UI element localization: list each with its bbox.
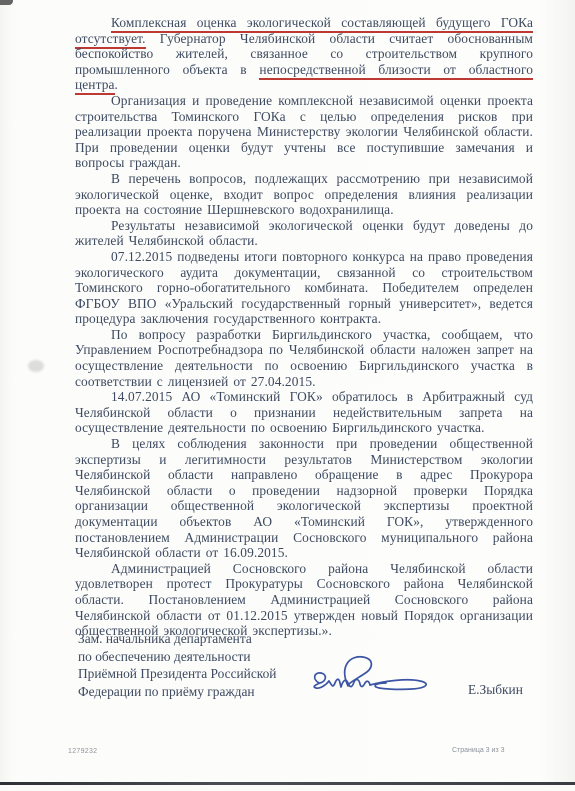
signoff-block: Зам. начальника департаментапо обеспечен…	[78, 630, 536, 720]
scan-edge-margin	[0, 785, 575, 791]
text-segment: Организация и проведение комплексной нез…	[75, 93, 533, 170]
signoff-title-line: Зам. начальника департамента	[78, 630, 536, 648]
text-segment: В целях соблюдения законности при провед…	[75, 436, 533, 560]
paragraph: В перечень вопросов, подлежащих рассмотр…	[75, 171, 533, 218]
handwritten-signature-icon	[306, 652, 441, 704]
paragraph: Администрацией Сосновского района Челяби…	[75, 561, 533, 639]
scan-artifact	[28, 360, 44, 372]
text-segment: В перечень вопросов, подлежащих рассмотр…	[75, 171, 533, 217]
scanned-letter-page: Комплексная оценка экологической составл…	[0, 0, 575, 791]
text-segment: Администрацией Сосновского района Челяби…	[75, 561, 533, 638]
paragraph: Организация и проведение комплексной нез…	[75, 93, 533, 171]
text-segment: По вопросу разработки Биргильдинского уч…	[75, 327, 533, 389]
text-segment: Результаты независимой экологической оце…	[75, 218, 533, 249]
text-segment: .	[115, 77, 118, 92]
paragraph: По вопросу разработки Биргильдинского уч…	[75, 327, 533, 389]
text-segment: 14.07.2015 АО «Томинский ГОК» обратилось…	[75, 389, 533, 435]
paragraph: Комплексная оценка экологической составл…	[75, 15, 533, 93]
paragraph: Результаты независимой экологической оце…	[75, 218, 533, 249]
signer-name: Е.Зыбкин	[468, 682, 523, 698]
document-body: Комплексная оценка экологической составл…	[75, 15, 533, 639]
text-segment: 07.12.2015 подведены итоги повторного ко…	[75, 249, 533, 326]
scan-smudge	[0, 0, 13, 5]
document-number: 1279232	[68, 748, 97, 755]
paragraph: 07.12.2015 подведены итоги повторного ко…	[75, 249, 533, 327]
paragraph: В целях соблюдения законности при провед…	[75, 436, 533, 561]
page-number-label: Страница 3 из 3	[452, 747, 504, 754]
paragraph: 14.07.2015 АО «Томинский ГОК» обратилось…	[75, 389, 533, 436]
